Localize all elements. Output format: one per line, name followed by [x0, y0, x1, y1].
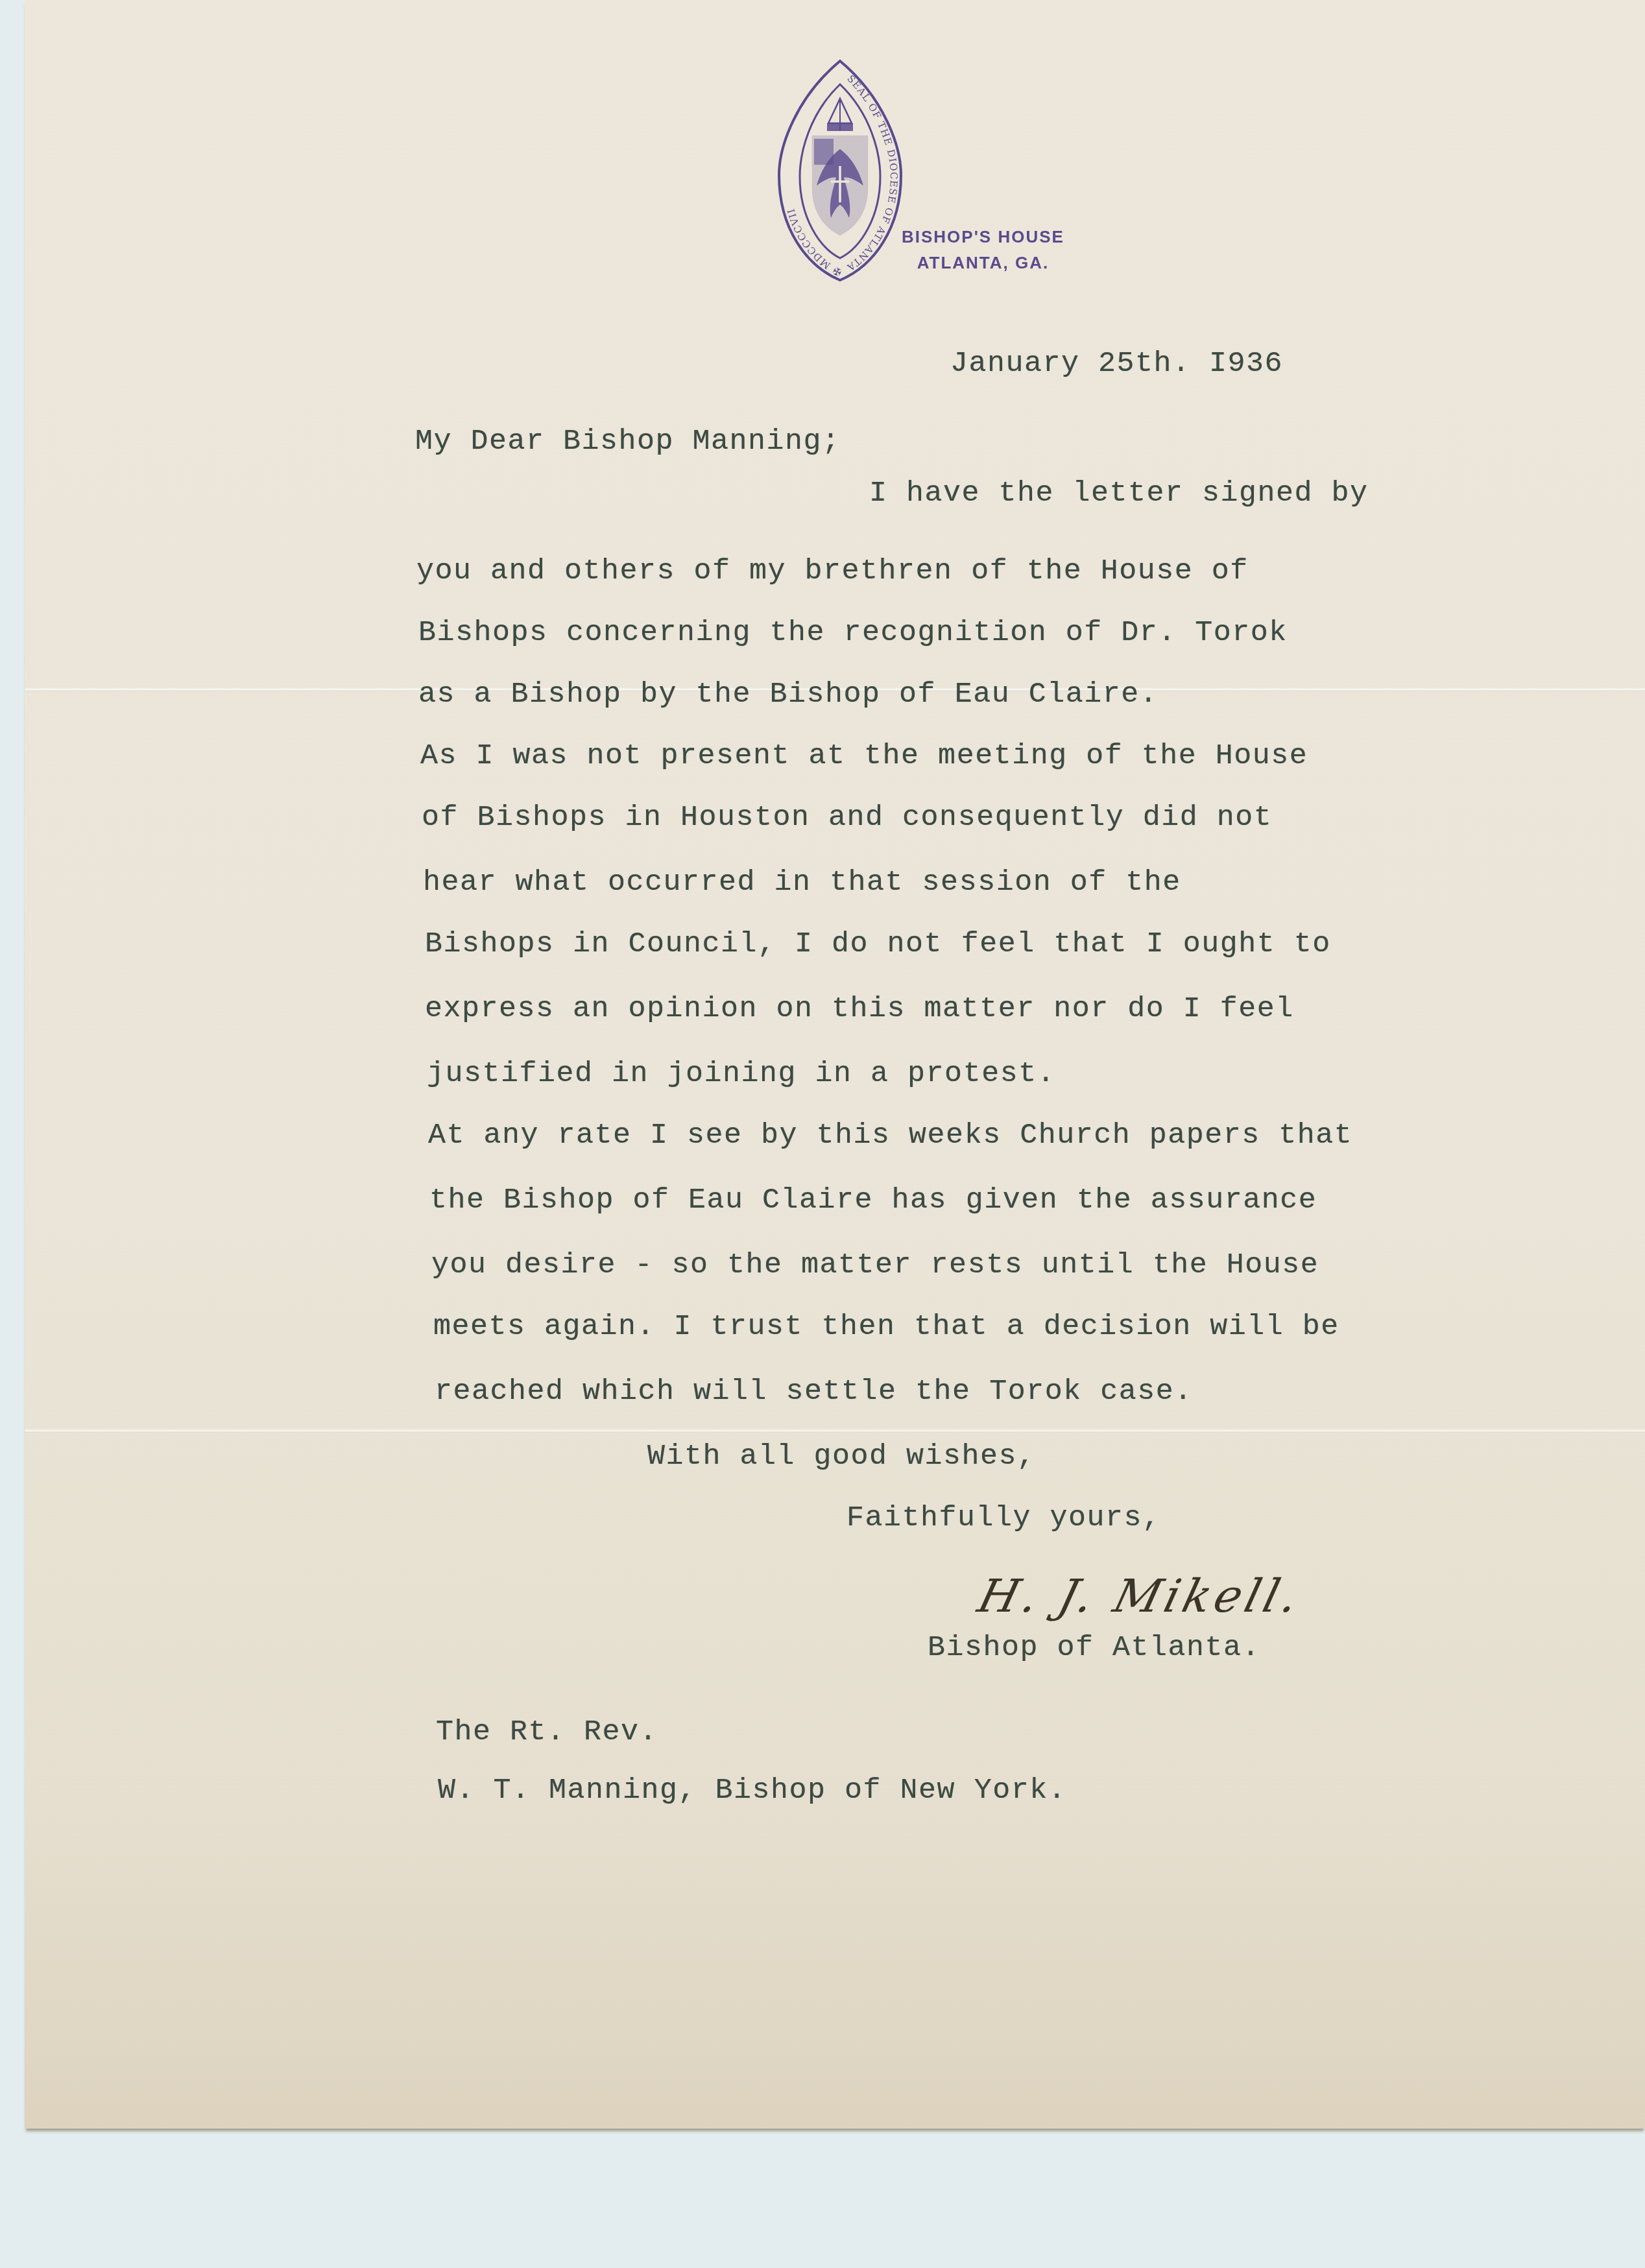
body-line: As I was not present at the meeting of t…: [420, 739, 1308, 772]
body-line: as a Bishop by the Bishop of Eau Claire.: [418, 678, 1158, 711]
handwritten-signature: H. J. Mikell.: [973, 1570, 1308, 1623]
valediction: Faithfully yours,: [847, 1501, 1161, 1534]
closing-wishes: With all good wishes,: [647, 1440, 1036, 1473]
signer-title: Bishop of Atlanta.: [928, 1631, 1260, 1664]
body-line: the Bishop of Eau Claire has given the a…: [429, 1184, 1317, 1217]
salutation: My Dear Bishop Manning;: [415, 425, 841, 458]
addressee-line-2: W. T. Manning, Bishop of New York.: [438, 1774, 1066, 1807]
body-line: you desire - so the matter rests until t…: [431, 1248, 1319, 1282]
fold-line-lower: [25, 1429, 1645, 1433]
body-line: of Bishops in Houston and consequently d…: [422, 801, 1272, 834]
body-line: hear what occurred in that session of th…: [423, 866, 1181, 899]
body-line: express an opinion on this matter nor do…: [425, 992, 1294, 1025]
addressee-line-1: The Rt. Rev.: [436, 1715, 658, 1749]
diocese-seal-icon: SEAL OF THE DIOCESE OF ATLANTA ✠ MDCCCCV…: [776, 58, 904, 282]
body-line: meets again. I trust then that a decisio…: [433, 1310, 1339, 1343]
letterhead-address: BISHOP'S HOUSE ATLANTA, GA.: [902, 224, 1064, 276]
body-line: justified in joining in a protest.: [427, 1057, 1055, 1090]
body-line: At any rate I see by this weeks Church p…: [428, 1119, 1352, 1152]
body-line: Bishops in Council, I do not feel that I…: [425, 927, 1331, 961]
letter-date: January 25th. I936: [950, 347, 1283, 380]
body-line: Bishops concerning the recognition of Dr…: [418, 616, 1288, 649]
body-line: reached which will settle the Torok case…: [435, 1375, 1193, 1408]
letterhead-line-2: ATLANTA, GA.: [902, 250, 1064, 276]
body-line: you and others of my brethren of the Hou…: [416, 555, 1249, 588]
body-line: I have the letter signed by: [869, 477, 1369, 510]
letterhead-line-1: BISHOP'S HOUSE: [902, 224, 1064, 250]
